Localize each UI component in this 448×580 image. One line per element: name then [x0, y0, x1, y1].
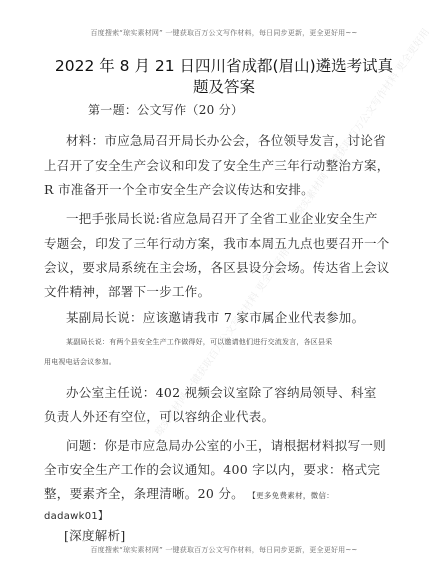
- question-line-2: 全市安全生产工作的会议通知。400 字以内，要求：格式完: [44, 460, 380, 478]
- director-line-1: 办公室主任说：402 视频会议室除了容纳局领导、科室: [66, 383, 377, 401]
- deputy2-line-1: 某副局长说：有两个县安全生产工作做得好，可以邀请他们进行交流发言，各区县采: [66, 337, 332, 347]
- director-line-2: 负责人外还有空位，可以容纳企业代表。: [44, 407, 274, 425]
- title-line-2: 题及答案: [30, 77, 418, 98]
- zhang-line-3: 会议，要求局系统在主会场，各区县设分会场。传达省上会议: [44, 258, 390, 276]
- deputy2-line-2: 用电视电话会议参加。: [44, 357, 116, 367]
- wechat-note: 【更多免费素材，微信：: [248, 491, 334, 500]
- question-line-3: 整，要素齐全，条理清晰。20 分。 【更多免费素材，微信：: [44, 484, 334, 502]
- analysis-heading: [深度解析]: [64, 526, 126, 544]
- page-footer: 百度搜索“琼实素材网” 一键获取百万公文写作材料，每日同步更新，更全更好用~~: [0, 545, 448, 555]
- material-line-2: 上召开了安全生产会议和印发了安全生产三年行动整治方案，: [44, 156, 390, 174]
- zhang-line-4: 文件精神，部署下一步工作。: [44, 282, 210, 300]
- document-title: 2022 年 8 月 21 日四川省成都(眉山)遴选考试真 题及答案: [30, 56, 418, 98]
- zhang-line-1: 一把手张局长说:省应急局召开了全省工业企业安全生产: [66, 209, 378, 227]
- wechat-id: dadawk01】: [44, 507, 108, 522]
- deputy1-line: 某副局长说：应该邀请我市 7 家市属企业代表参加。: [66, 308, 364, 326]
- page-header: 百度搜索“琼实素材网” 一键获取百万公文写作材料，每日同步更新，更全更好用~~: [0, 28, 448, 38]
- section-heading: 第一题：公文写作（20 分）: [88, 101, 243, 118]
- question-line-3-text: 整，要素齐全，条理清晰。20 分。: [44, 486, 244, 501]
- question-line-1: 问题：你是市应急局办公室的小王，请根据材料拟写一则: [66, 436, 386, 454]
- zhang-line-2: 专题会，印发了三年行动方案，我市本周五九点也要召开一个: [44, 234, 390, 252]
- material-line-1: 材料：市应急局召开局长办公会，各位领导发言，讨论省: [66, 131, 386, 149]
- title-line-1: 2022 年 8 月 21 日四川省成都(眉山)遴选考试真: [30, 56, 418, 77]
- material-line-3: R 市准备开一个全市安全生产会议传达和安排。: [44, 180, 314, 198]
